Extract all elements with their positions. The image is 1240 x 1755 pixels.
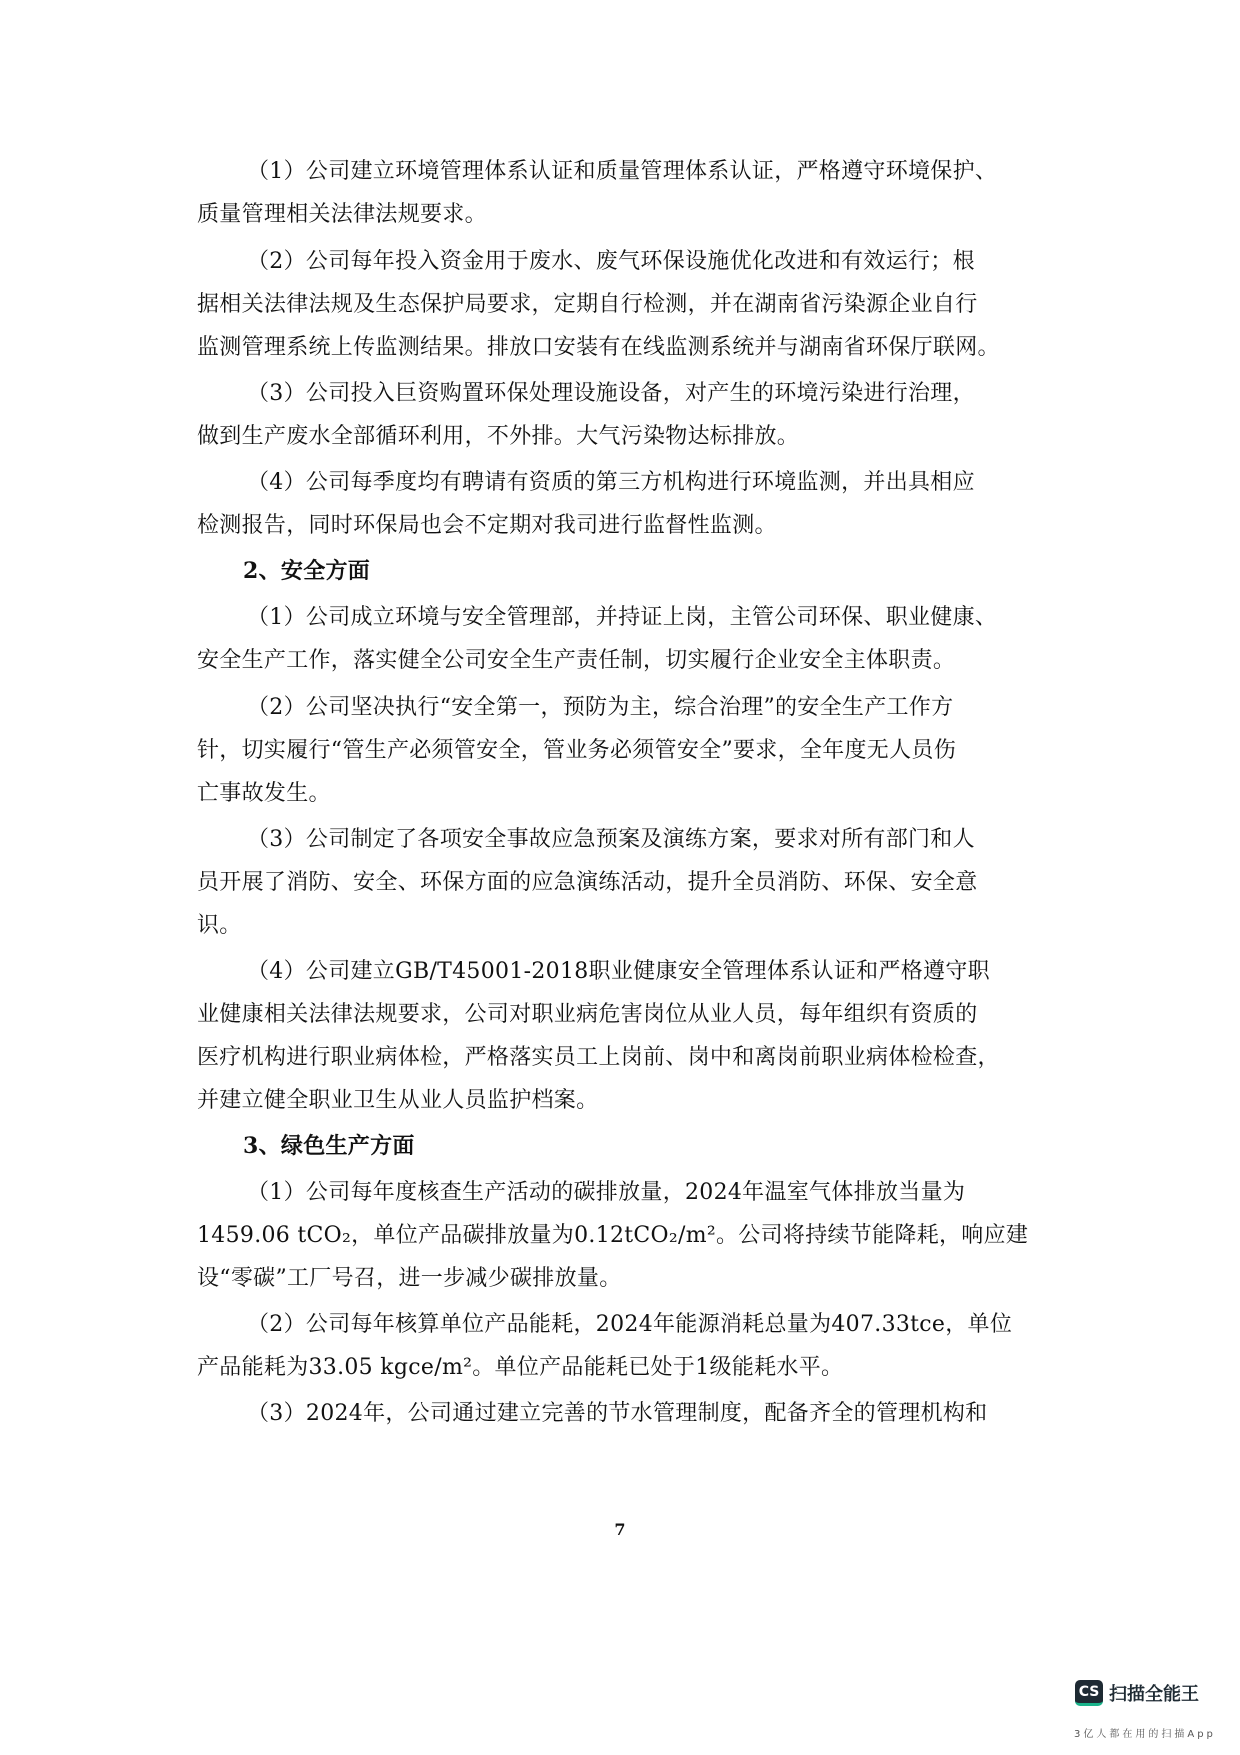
text-line: （4）公司建立GB/T45001-2018职业健康安全管理体系认证和严格遵守职 xyxy=(197,950,990,993)
text-line: 1459.06 tCO₂，单位产品碳排放量为0.12tCO₂/m²。公司将持续节… xyxy=(197,1214,1028,1257)
text-line: （4）公司每季度均有聘请有资质的第三方机构进行环境监测，并出具相应 xyxy=(197,461,975,504)
page-number: 7 xyxy=(0,1520,1240,1539)
text-line: 安全生产工作，落实健全公司安全生产责任制，切实履行企业安全主体职责。 xyxy=(197,639,955,682)
text-line: 监测管理系统上传监测结果。排放口安装有在线监测系统并与湖南省环保厅联网。 xyxy=(197,326,1000,369)
text-line: 做到生产废水全部循环利用，不外排。大气污染物达标排放。 xyxy=(197,415,799,458)
text-line: 员开展了消防、安全、环保方面的应急演练活动，提升全员消防、环保、安全意 xyxy=(197,861,978,904)
camscanner-logo-icon: CS xyxy=(1075,1680,1103,1706)
text-line: 业健康相关法律法规要求，公司对职业病危害岗位从业人员，每年组织有资质的 xyxy=(197,993,978,1036)
text-line: 针，切实履行“管生产必须管安全，管业务必须管安全”要求，全年度无人员伤 xyxy=(197,729,956,772)
text-line: （3）公司投入巨资购置环保处理设施设备，对产生的环境污染进行治理， xyxy=(197,372,975,415)
text-line: （1）公司成立环境与安全管理部，并持证上岗，主管公司环保、职业健康、 xyxy=(197,596,997,639)
text-line: （3）2024年，公司通过建立完善的节水管理制度，配备齐全的管理机构和 xyxy=(197,1392,988,1435)
watermark-tagline: 3亿人都在用的扫描App xyxy=(1074,1725,1216,1740)
text-line: 并建立健全职业卫生从业人员监护档案。 xyxy=(197,1079,598,1122)
text-line: 亡事故发生。 xyxy=(197,772,331,815)
watermark-app-name: 扫描全能王 xyxy=(1109,1680,1199,1706)
text-line: 产品能耗为33.05 kgce/m²。单位产品能耗已处于1级能耗水平。 xyxy=(197,1346,843,1389)
text-line: （1）公司每年度核查生产活动的碳排放量，2024年温室气体排放当量为 xyxy=(197,1171,965,1214)
text-line: （2）公司每年核算单位产品能耗，2024年能源消耗总量为407.33tce，单位 xyxy=(197,1303,1012,1346)
text-line: （1）公司建立环境管理体系认证和质量管理体系认证，严格遵守环境保护、 xyxy=(197,150,997,193)
text-line: 识。 xyxy=(197,904,242,947)
text-line: 设“零碳”工厂号召，进一步减少碳排放量。 xyxy=(197,1257,622,1300)
section-heading: 3、绿色生产方面 xyxy=(197,1125,415,1168)
document-page: （1）公司建立环境管理体系认证和质量管理体系认证，严格遵守环境保护、质量管理相关… xyxy=(0,0,1240,1755)
text-line: 检测报告，同时环保局也会不定期对我司进行监督性监测。 xyxy=(197,504,777,547)
text-line: （2）公司每年投入资金用于废水、废气环保设施优化改进和有效运行；根 xyxy=(197,240,975,283)
text-line: 医疗机构进行职业病体检，严格落实员工上岗前、岗中和离岗前职业病体检检查， xyxy=(197,1036,1000,1079)
text-line: （3）公司制定了各项安全事故应急预案及演练方案，要求对所有部门和人 xyxy=(197,818,975,861)
text-line: 据相关法律法规及生态保护局要求，定期自行检测，并在湖南省污染源企业自行 xyxy=(197,283,978,326)
text-line: （2）公司坚决执行“安全第一，预防为主，综合治理”的安全生产工作方 xyxy=(197,686,953,729)
section-heading: 2、安全方面 xyxy=(197,550,370,593)
text-line: 质量管理相关法律法规要求。 xyxy=(197,193,487,236)
scanner-watermark: CS 扫描全能王 xyxy=(1075,1680,1199,1706)
